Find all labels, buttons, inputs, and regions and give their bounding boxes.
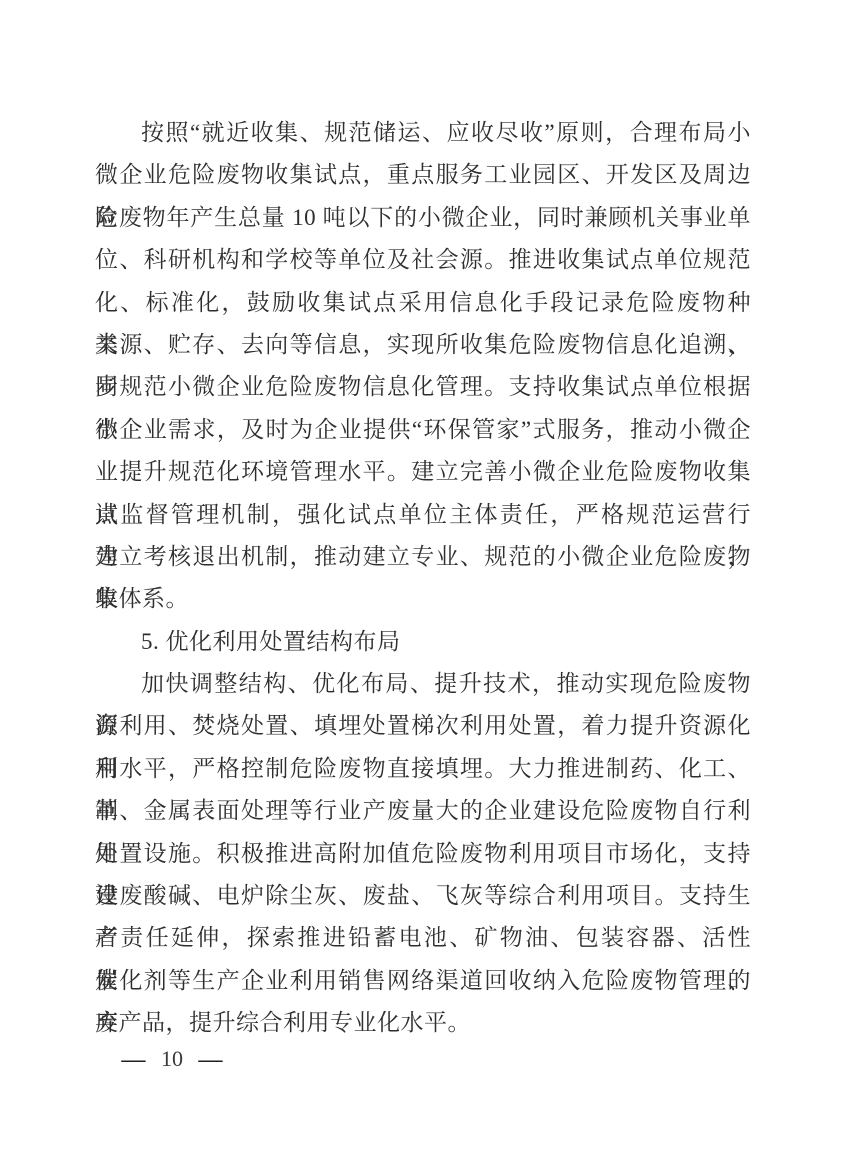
text-line: 微企业需求，及时为企业提供“环保管家”式服务，推动小微企 <box>95 409 751 451</box>
page-number: 10 <box>161 1044 183 1074</box>
text-line: 微企业危险废物收集试点，重点服务工业园区、开发区及周边危 <box>95 154 751 196</box>
text-line: 处置设施。积极推进高附加值危险废物利用项目市场化，支持建 <box>95 833 751 875</box>
text-line: 集体系。 <box>95 578 751 620</box>
text-line: 来源、贮存、去向等信息，实现所收集危险废物信息化追溯，同 <box>95 324 751 366</box>
text-line: 用水平，严格控制危险废物直接填埋。大力推进制药、化工、制 <box>95 748 751 790</box>
text-line: 弃产品，提升综合利用专业化水平。 <box>95 1002 751 1044</box>
text-line: 建立考核退出机制，推动建立专业、规范的小微企业危险废物收 <box>95 536 751 578</box>
text-line: 业提升规范化环境管理水平。建立完善小微企业危险废物收集试 <box>95 451 751 493</box>
text-line: 位、科研机构和学校等单位及社会源。推进收集试点单位规范 <box>95 239 751 281</box>
page-footer: — 10 — <box>123 1044 221 1074</box>
text-line: 化、标准化，鼓励收集试点采用信息化手段记录危险废物种类、 <box>95 282 751 324</box>
footer-dash-left: — <box>121 1044 145 1074</box>
text-line: 按照“就近收集、规范储运、应收尽收”原则，合理布局小 <box>95 112 751 154</box>
text-line: 革、金属表面处理等行业产废量大的企业建设危险废物自行利用 <box>95 790 751 832</box>
text-line: 设废酸碱、电炉除尘灰、废盐、飞灰等综合利用项目。支持生产 <box>95 875 751 917</box>
text-line: 点监督管理机制，强化试点单位主体责任，严格规范运营行为， <box>95 494 751 536</box>
text-line: 步规范小微企业危险废物信息化管理。支持收集试点单位根据小 <box>95 366 751 408</box>
text-line: 者责任延伸，探索推进铅蓄电池、矿物油、包装容器、活性炭、 <box>95 917 751 959</box>
text-line: 源利用、焚烧处置、填埋处置梯次利用处置，着力提升资源化利 <box>95 705 751 747</box>
text-line: 加快调整结构、优化布局、提升技术，推动实现危险废物资 <box>95 663 751 705</box>
section-heading-5: 5. 优化利用处置结构布局 <box>95 621 751 663</box>
text-line: 险废物年产生总量 10 吨以下的小微企业，同时兼顾机关事业单 <box>95 197 751 239</box>
footer-dash-right: — <box>198 1044 222 1074</box>
document-page: 按照“就近收集、规范储运、应收尽收”原则，合理布局小微企业危险废物收集试点，重点… <box>0 0 843 1164</box>
document-body: 按照“就近收集、规范储运、应收尽收”原则，合理布局小微企业危险废物收集试点，重点… <box>95 112 751 1045</box>
text-line: 催化剂等生产企业利用销售网络渠道回收纳入危险废物管理的废 <box>95 960 751 1002</box>
